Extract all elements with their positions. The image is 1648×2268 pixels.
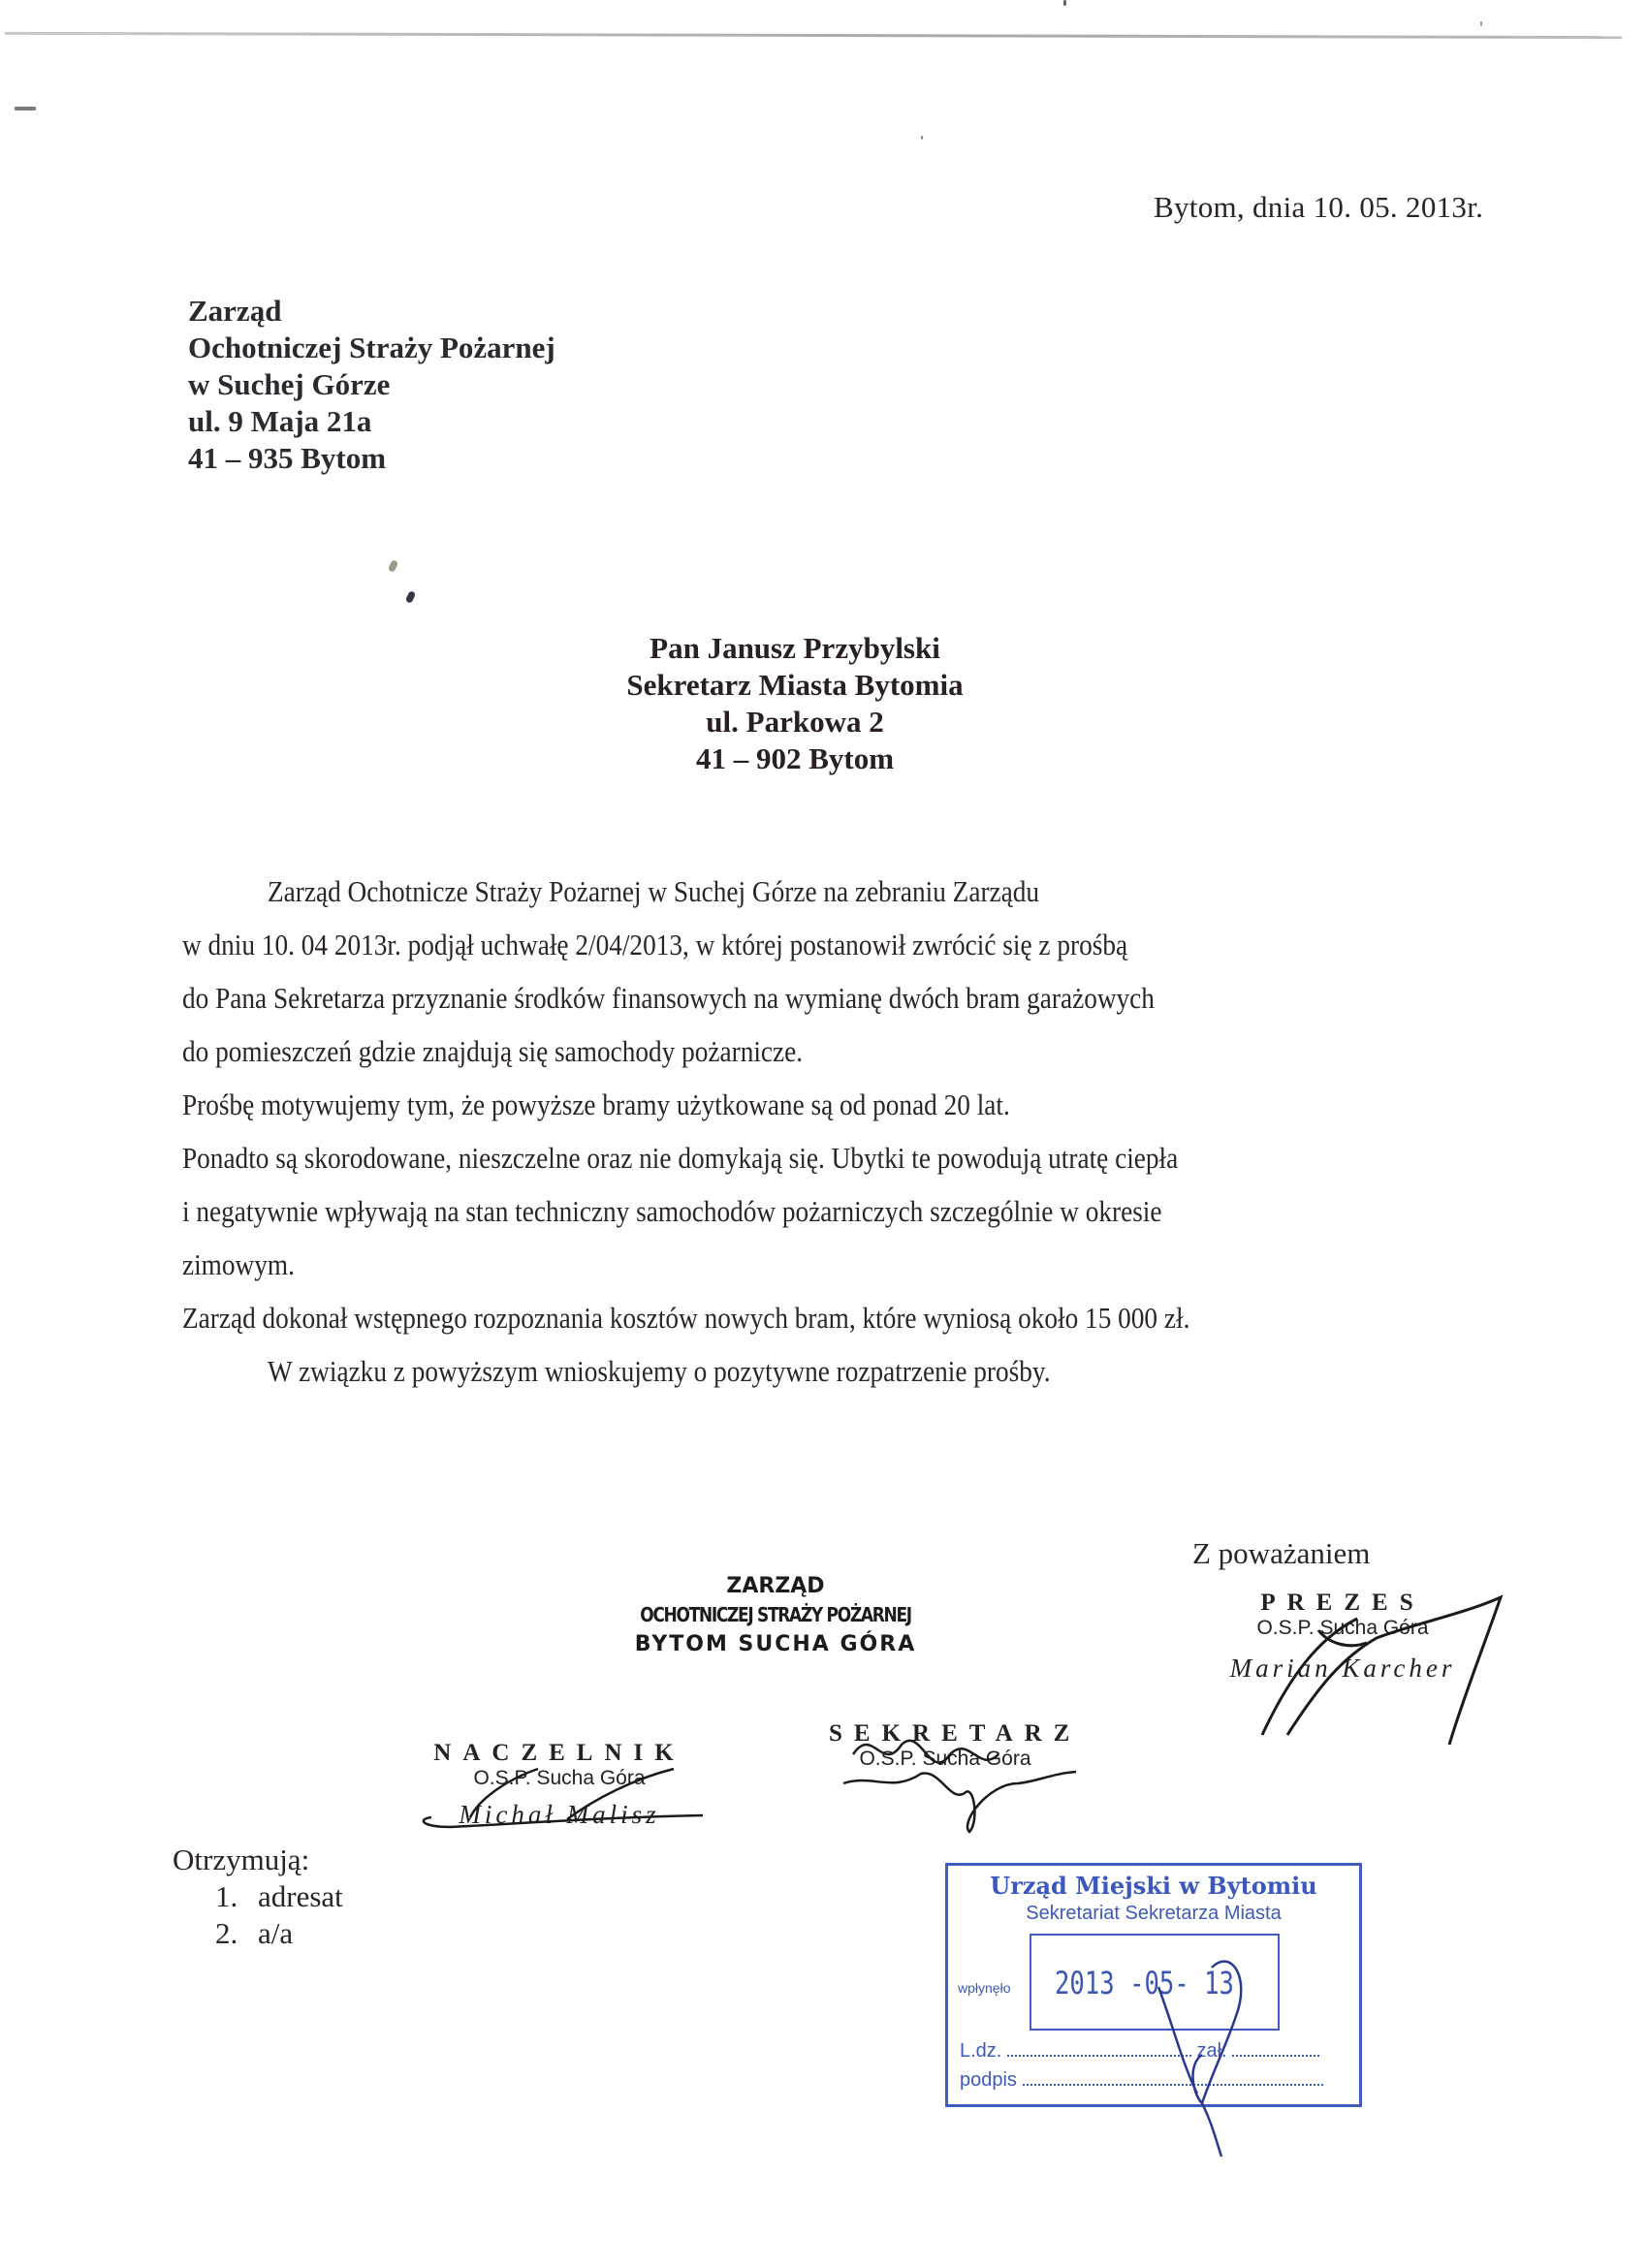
signature-sekretarz: SEKRETARZ O.S.P. Sucha Góra bbox=[829, 1720, 1062, 1771]
recipient-address: Pan Janusz Przybylski Sekretarz Miasta B… bbox=[601, 630, 989, 777]
scan-speck bbox=[1063, 0, 1066, 6]
stamp-zal-label: zał. bbox=[1196, 2040, 1226, 2062]
recipient-line: Sekretarz Miasta Bytomia bbox=[601, 667, 989, 704]
scan-edge-line bbox=[5, 32, 1622, 39]
board-stamp-line: OCHOTNICZEJ STRAŻY POŻARNEJ bbox=[611, 1598, 940, 1633]
signature-name: Marian Karcher bbox=[1202, 1654, 1483, 1684]
recipient-line: 41 – 902 Bytom bbox=[601, 740, 989, 777]
board-stamp-line: BYTOM SUCHA GÓRA bbox=[611, 1630, 940, 1659]
signature-name: Michał Malisz bbox=[419, 1800, 700, 1830]
signature-naczelnik: NACZELNIK O.S.P. Sucha Góra Michał Malis… bbox=[419, 1740, 700, 1830]
recipient-line: ul. Parkowa 2 bbox=[601, 704, 989, 740]
body-line: do Pana Sekretarza przyznanie środków fi… bbox=[182, 971, 1316, 1024]
sender-line: ul. 9 Maja 21a bbox=[188, 403, 555, 440]
list-text: a/a bbox=[258, 1916, 293, 1950]
body-line: zimowym. bbox=[182, 1238, 1316, 1291]
scan-speck bbox=[921, 136, 923, 140]
body-line: do pomieszczeń gdzie znajdują się samoch… bbox=[182, 1024, 1316, 1078]
sender-line: Ochotniczej Straży Pożarnej bbox=[188, 330, 555, 366]
list-text: adresat bbox=[258, 1879, 343, 1913]
signature-prezes: PREZES O.S.P. Sucha Góra Marian Karcher bbox=[1202, 1590, 1483, 1684]
board-stamp: ZARZĄD OCHOTNICZEJ STRAŻY POŻARNEJ BYTOM… bbox=[611, 1572, 940, 1659]
stamp-ldz-row: L.dz. zał. bbox=[960, 2040, 1319, 2063]
signature-org: O.S.P. Sucha Góra bbox=[419, 1767, 700, 1790]
sender-address: Zarząd Ochotniczej Straży Pożarnej w Suc… bbox=[188, 293, 555, 477]
signature-title: PREZES bbox=[1202, 1590, 1483, 1617]
stamp-date-box: 2013 -05- 13 bbox=[1030, 1934, 1280, 2031]
closing-salutation: Z poważaniem bbox=[1192, 1536, 1370, 1571]
sender-line: w Suchej Górze bbox=[188, 366, 555, 403]
place-date: Bytom, dnia 10. 05. 2013r. bbox=[1154, 190, 1483, 225]
body-line: Zarząd Ochotnicze Straży Pożarnej w Such… bbox=[182, 865, 1316, 918]
body-line: w dniu 10. 04 2013r. podjął uchwałę 2/04… bbox=[182, 918, 1316, 971]
body-line: Zarząd dokonał wstępnego rozpoznania kos… bbox=[182, 1291, 1316, 1344]
letter-body: Zarząd Ochotnicze Straży Pożarnej w Such… bbox=[182, 865, 1316, 1398]
list-number: 2. bbox=[215, 1915, 258, 1952]
stamp-ldz-label: L.dz. bbox=[960, 2040, 1001, 2062]
sender-line: Zarząd bbox=[188, 293, 555, 330]
office-received-stamp: Urząd Miejski w Bytomiu Sekretariat Sekr… bbox=[945, 1863, 1362, 2107]
stamp-signature-label: podpis bbox=[960, 2069, 1017, 2091]
stamp-title: Urząd Miejski w Bytomiu bbox=[948, 1872, 1359, 1900]
pen-mark bbox=[405, 590, 416, 604]
list-number: 1. bbox=[215, 1878, 258, 1915]
body-line: Prośbę motywujemy tym, że powyższe bramy… bbox=[182, 1078, 1316, 1131]
body-line: Ponadto są skorodowane, nieszczelne oraz… bbox=[182, 1131, 1316, 1184]
stamp-signature-row: podpis bbox=[960, 2069, 1323, 2092]
body-line: i negatywnie wpływają na stan techniczny… bbox=[182, 1184, 1316, 1238]
stamp-received-label: wpłynęło bbox=[958, 1980, 1010, 1996]
stamp-subtitle: Sekretariat Sekretarza Miasta bbox=[948, 1903, 1359, 1925]
recipient-line: Pan Janusz Przybylski bbox=[601, 630, 989, 667]
recipients-list: Otrzymują: 1.adresat 2.a/a bbox=[173, 1842, 343, 1952]
board-stamp-line: ZARZĄD bbox=[611, 1572, 940, 1601]
signature-org: O.S.P. Sucha Góra bbox=[1202, 1617, 1483, 1640]
pen-mark bbox=[388, 559, 398, 573]
signature-org: O.S.P. Sucha Góra bbox=[829, 1748, 1062, 1771]
signature-title: NACZELNIK bbox=[419, 1740, 700, 1767]
body-line: W związku z powyższym wnioskujemy o pozy… bbox=[182, 1344, 1316, 1398]
list-item: 1.adresat bbox=[173, 1878, 343, 1915]
list-item: 2.a/a bbox=[173, 1915, 343, 1952]
signature-title: SEKRETARZ bbox=[829, 1720, 1062, 1748]
scan-mark bbox=[15, 107, 36, 110]
stamp-received-date: 2013 -05- 13 bbox=[1055, 1965, 1234, 2001]
scan-speck bbox=[1480, 21, 1482, 26]
recipients-heading: Otrzymują: bbox=[173, 1842, 343, 1878]
sender-line: 41 – 935 Bytom bbox=[188, 440, 555, 477]
